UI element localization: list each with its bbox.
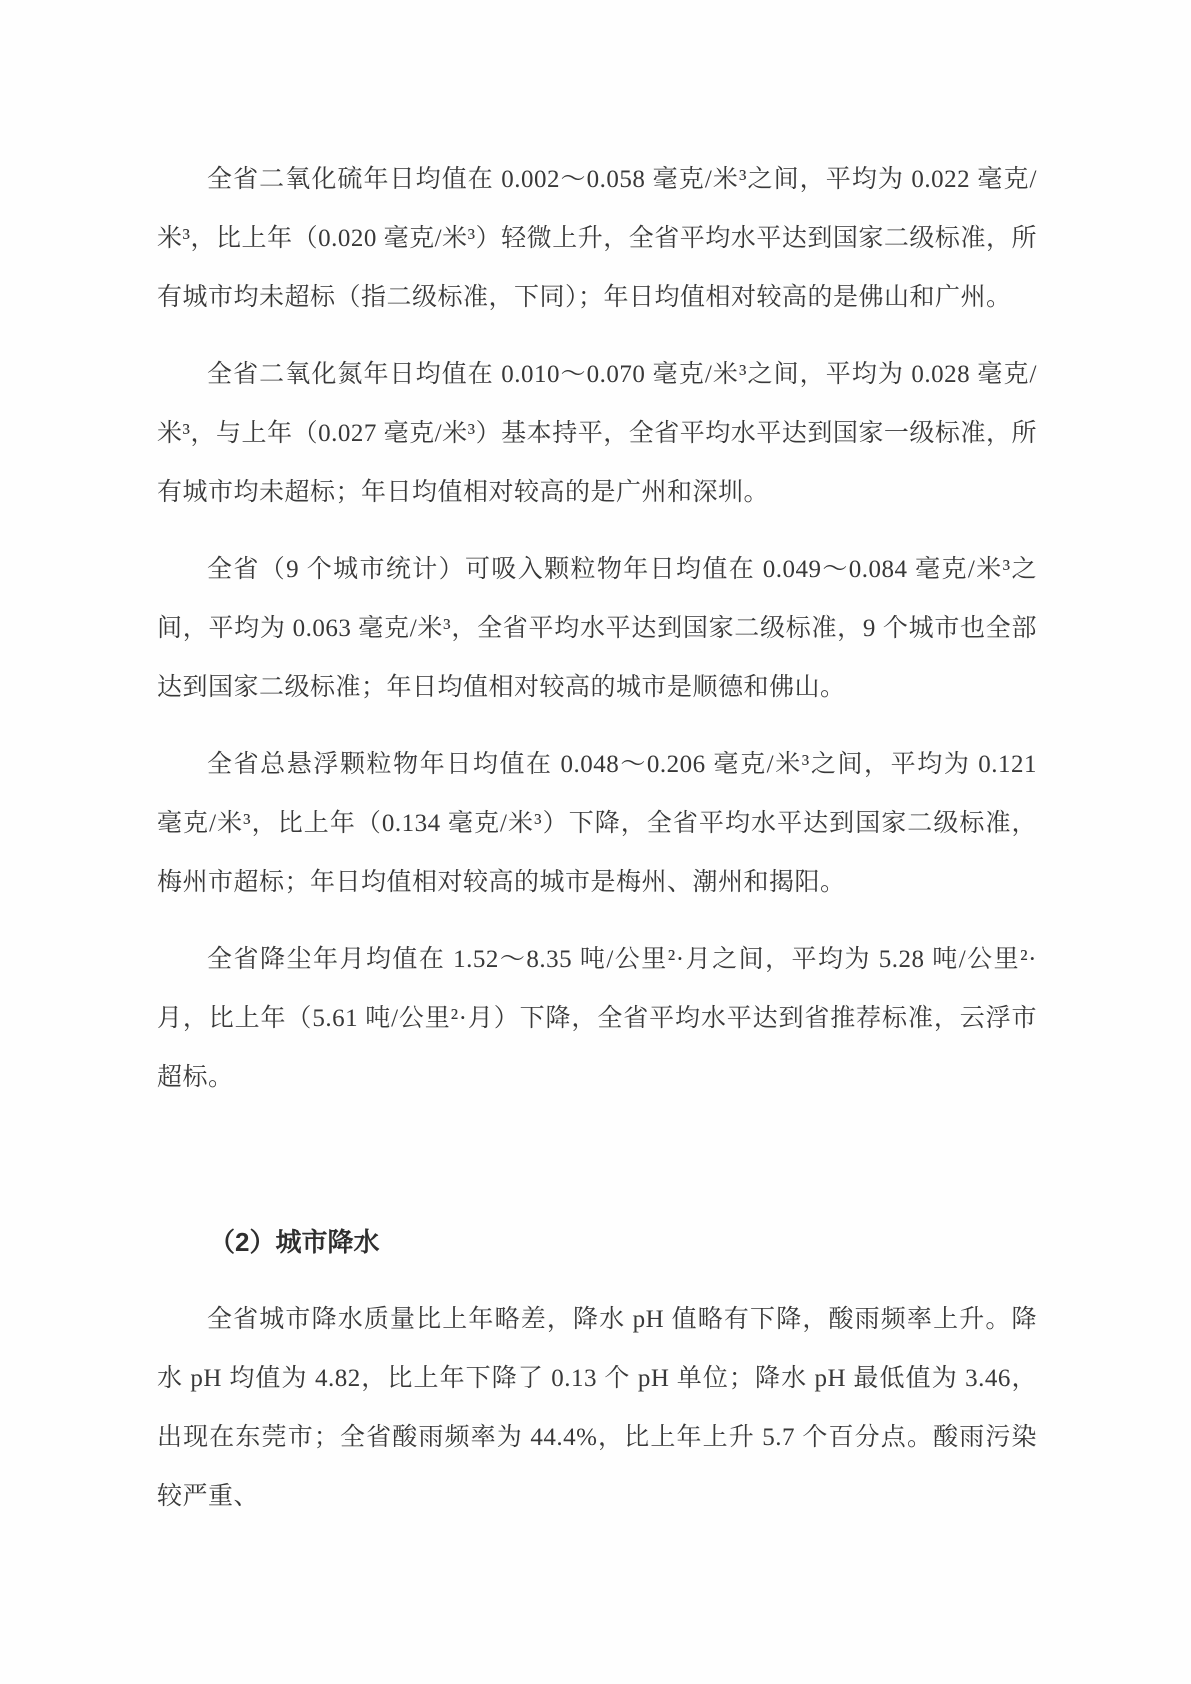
paragraph-nitrogen-dioxide: 全省二氧化氮年日均值在 0.010～0.070 毫克/米³之间，平均为 0.02… [157, 345, 1037, 522]
paragraph-precipitation-ph: 全省城市降水质量比上年略差，降水 pH 值略有下降，酸雨频率上升。降水 pH 均… [157, 1290, 1037, 1526]
paragraph-dustfall: 全省降尘年月均值在 1.52～8.35 吨/公里²·月之间，平均为 5.28 吨… [157, 930, 1037, 1107]
paragraph-inhalable-particulates: 全省（9 个城市统计）可吸入颗粒物年日均值在 0.049～0.084 毫克/米³… [157, 540, 1037, 717]
paragraph-sulfur-dioxide: 全省二氧化硫年日均值在 0.002～0.058 毫克/米³之间，平均为 0.02… [157, 150, 1037, 327]
section-heading-urban-precipitation: （2）城市降水 [157, 1213, 1037, 1272]
document-page: 全省二氧化硫年日均值在 0.002～0.058 毫克/米³之间，平均为 0.02… [0, 0, 1191, 1684]
paragraph-total-suspended-particulates: 全省总悬浮颗粒物年日均值在 0.048～0.206 毫克/米³之间，平均为 0.… [157, 735, 1037, 912]
